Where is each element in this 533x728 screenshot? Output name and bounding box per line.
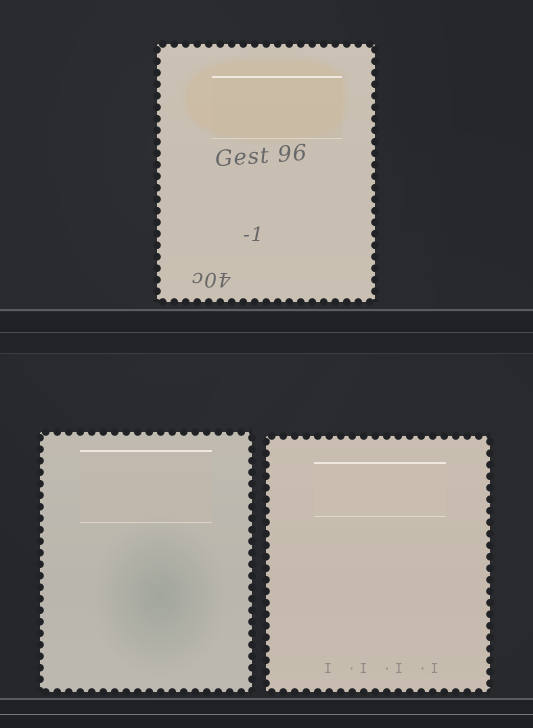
stock-strip-line	[0, 353, 533, 354]
hinge-remnant	[80, 450, 212, 523]
stamp-bottom-right: I ·I ·I ·I	[266, 436, 490, 692]
stock-strip-bottom	[0, 715, 533, 728]
stock-strip-lower	[0, 700, 533, 714]
stock-strip-divider	[0, 333, 533, 353]
stock-strip-upper	[0, 312, 533, 332]
hinge-remnant	[314, 462, 446, 517]
stock-strip-edge-top	[0, 309, 533, 311]
pencil-note-2: -1	[243, 222, 264, 246]
faint-print-marks: I ·I ·I ·I	[324, 662, 442, 677]
stamp-bottom-left	[40, 432, 252, 692]
stock-page: Gest 96 -1 40c I ·I ·I ·I	[0, 0, 533, 728]
stamp-top-center: Gest 96 -1 40c	[157, 44, 375, 302]
hinge-remnant	[212, 76, 342, 139]
pencil-note-3: 40c	[191, 268, 231, 292]
ink-show-through	[90, 512, 230, 682]
